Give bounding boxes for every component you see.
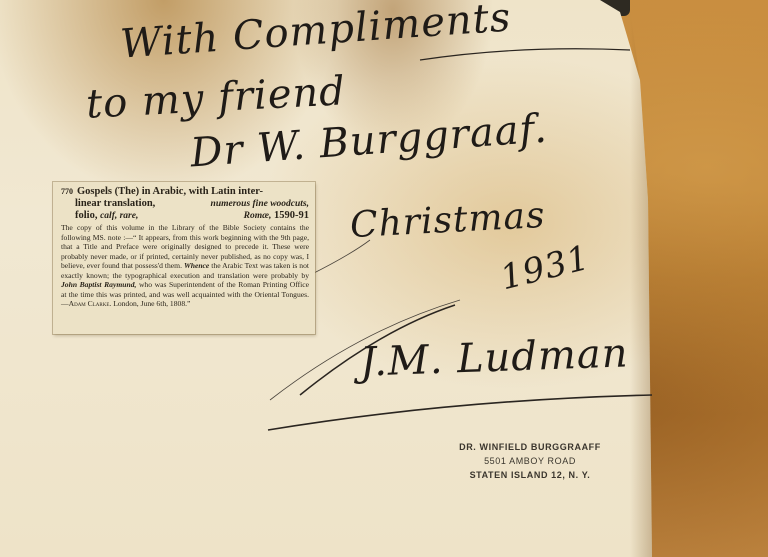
clipping-line-2-italic: numerous fine woodcuts, [211, 198, 309, 210]
catalog-clipping: 770Gospels (The) in Arabic, with Latin i… [53, 182, 315, 334]
clipping-body-author: Adam Clarke. [69, 299, 112, 308]
signature: J.M. Ludman [359, 330, 629, 385]
clipping-line-2: linear translation, numerous fine woodcu… [61, 198, 309, 210]
stamp-name: DR. WINFIELD BURGGRAAFF [450, 440, 610, 454]
clipping-lot-number: 770 [61, 187, 73, 196]
clipping-binding: calf, rare, [100, 211, 138, 221]
clipping-format: folio, [75, 210, 97, 221]
clipping-body-italic-2: John Baptist Raymund, [61, 280, 136, 289]
clipping-title-text: Gospels (The) in Arabic, with Latin inte… [77, 186, 263, 197]
clipping-body-part-4: London, June 6th, 1808.” [113, 299, 190, 308]
clipping-title: 770Gospels (The) in Arabic, with Latin i… [61, 186, 309, 198]
clipping-year: 1590-91 [274, 210, 309, 221]
clipping-body: The copy of this volume in the Library o… [61, 223, 309, 309]
stamp-city: STATEN ISLAND 12, N. Y. [450, 468, 610, 482]
clipping-line-2-plain: linear translation, [75, 198, 155, 210]
clipping-body-italic-1: Whence [184, 261, 209, 270]
address-stamp: DR. WINFIELD BURGGRAAFF 5501 AMBOY ROAD … [450, 440, 610, 482]
stamp-street: 5501 AMBOY ROAD [450, 454, 610, 468]
clipping-place: Romæ, [244, 211, 272, 221]
clipping-line-3: folio, calf, rare, Romæ, 1590-91 [61, 210, 309, 222]
